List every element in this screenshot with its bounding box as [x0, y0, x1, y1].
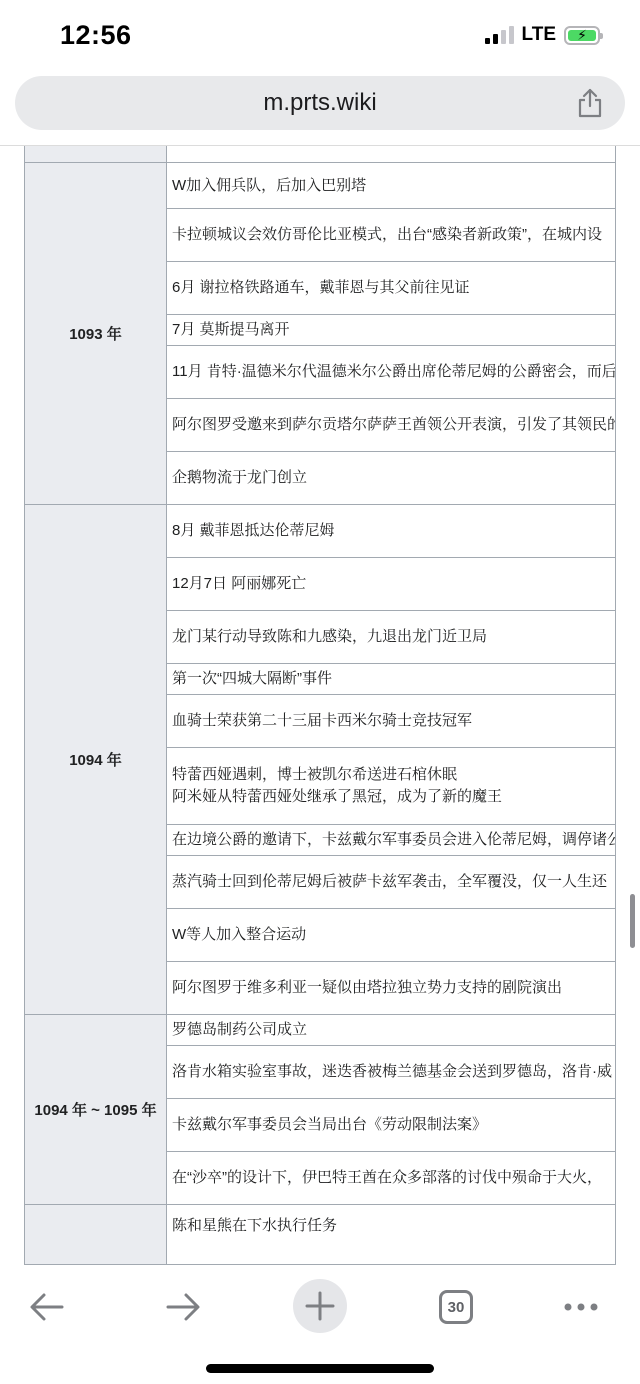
event-cell: 卡拉顿城议会效仿哥伦比亚模式，出台“感染者新政策”，在城内设	[167, 209, 616, 262]
status-indicators: LTE ⚡	[485, 24, 600, 46]
event-cell: W等人加入整合运动	[167, 909, 616, 962]
more-button[interactable]	[553, 1279, 609, 1335]
event-cell: 第一次“四城大隔断”事件	[167, 664, 616, 695]
timeline-table: 1093 年 W加入佣兵队，后加入巴别塔 卡拉顿城议会效仿哥伦比亚模式，出台“感…	[24, 145, 616, 1265]
event-cell: 11月 肯特·温德米尔代温德米尔公爵出席伦蒂尼姆的公爵密会，而后	[167, 346, 616, 399]
event-cell: 卡兹戴尔军事委员会当局出台《劳动限制法案》	[167, 1099, 616, 1152]
status-bar: 12:56 LTE ⚡	[0, 0, 640, 72]
table-row: 1093 年 W加入佣兵队，后加入巴别塔	[25, 163, 616, 209]
event-cell	[167, 145, 616, 163]
new-tab-button[interactable]	[293, 1279, 347, 1333]
year-cell: 1093 年	[25, 163, 167, 505]
tab-count-badge: 30	[439, 1290, 473, 1324]
event-cell: 在“沙卒”的设计下，伊巴特王酋在众多部落的讨伐中殒命于大火，	[167, 1152, 616, 1205]
table-row	[25, 145, 616, 163]
ellipsis-icon	[563, 1302, 599, 1312]
year-cell: 1094 年 ~ 1095 年	[25, 1015, 167, 1205]
year-cell: 1094 年	[25, 505, 167, 1015]
charging-bolt-icon: ⚡	[577, 28, 587, 42]
back-button[interactable]	[19, 1279, 75, 1335]
browser-toolbar: 30	[0, 1267, 640, 1384]
event-cell: 洛肯水箱实验室事故，迷迭香被梅兰德基金会送到罗德岛，洛肯·威	[167, 1046, 616, 1099]
event-cell: 特蕾西娅遇刺，博士被凯尔希送进石棺休眠 阿米娅从特蕾西娅处继承了黑冠，成为了新的…	[167, 748, 616, 825]
address-bar[interactable]: m.prts.wiki	[15, 76, 625, 130]
tabs-button[interactable]: 30	[428, 1279, 484, 1335]
event-cell: 阿尔图罗于维多利亚一疑似由塔拉独立势力支持的剧院演出	[167, 962, 616, 1015]
scrollbar[interactable]	[630, 894, 635, 948]
event-cell: 陈和星熊在下水执行任务	[167, 1205, 616, 1265]
event-cell: 6月 谢拉格铁路通车，戴菲恩与其父前往见证	[167, 262, 616, 315]
page-content[interactable]: 1093 年 W加入佣兵队，后加入巴别塔 卡拉顿城议会效仿哥伦比亚模式，出台“感…	[0, 145, 640, 1267]
event-cell: 龙门某行动导致陈和九感染，九退出龙门近卫局	[167, 611, 616, 664]
event-cell: 8月 戴菲恩抵达伦蒂尼姆	[167, 505, 616, 558]
event-cell: 蒸汽骑士回到伦蒂尼姆后被萨卡兹军袭击，全军覆没，仅一人生还	[167, 856, 616, 909]
event-cell: 阿尔图罗受邀来到萨尔贡塔尔萨萨王酋领公开表演，引发了其领民的	[167, 399, 616, 452]
year-cell	[25, 1205, 167, 1265]
network-type: LTE	[522, 24, 556, 46]
home-indicator[interactable]	[206, 1364, 434, 1373]
event-cell: 12月7日 阿丽娜死亡	[167, 558, 616, 611]
year-cell	[25, 145, 167, 163]
event-cell: 在边境公爵的邀请下，卡兹戴尔军事委员会进入伦蒂尼姆，调停诸公	[167, 825, 616, 856]
url-text[interactable]: m.prts.wiki	[15, 89, 625, 117]
event-cell: 血骑士荣获第二十三届卡西米尔骑士竞技冠军	[167, 695, 616, 748]
signal-strength-icon	[485, 26, 514, 44]
arrow-right-icon	[165, 1292, 201, 1322]
plus-icon	[305, 1291, 335, 1321]
table-row: 1094 年 8月 戴菲恩抵达伦蒂尼姆	[25, 505, 616, 558]
event-cell: 7月 莫斯提马离开	[167, 315, 616, 346]
status-time: 12:56	[60, 20, 132, 51]
forward-button[interactable]	[155, 1279, 211, 1335]
table-row: 1094 年 ~ 1095 年 罗德岛制药公司成立	[25, 1015, 616, 1046]
arrow-left-icon	[29, 1292, 65, 1322]
share-icon[interactable]	[577, 88, 603, 118]
event-cell: 罗德岛制药公司成立	[167, 1015, 616, 1046]
event-cell: 企鹅物流于龙门创立	[167, 452, 616, 505]
event-cell: W加入佣兵队，后加入巴别塔	[167, 163, 616, 209]
table-row: 陈和星熊在下水执行任务	[25, 1205, 616, 1265]
battery-icon: ⚡	[564, 26, 600, 45]
